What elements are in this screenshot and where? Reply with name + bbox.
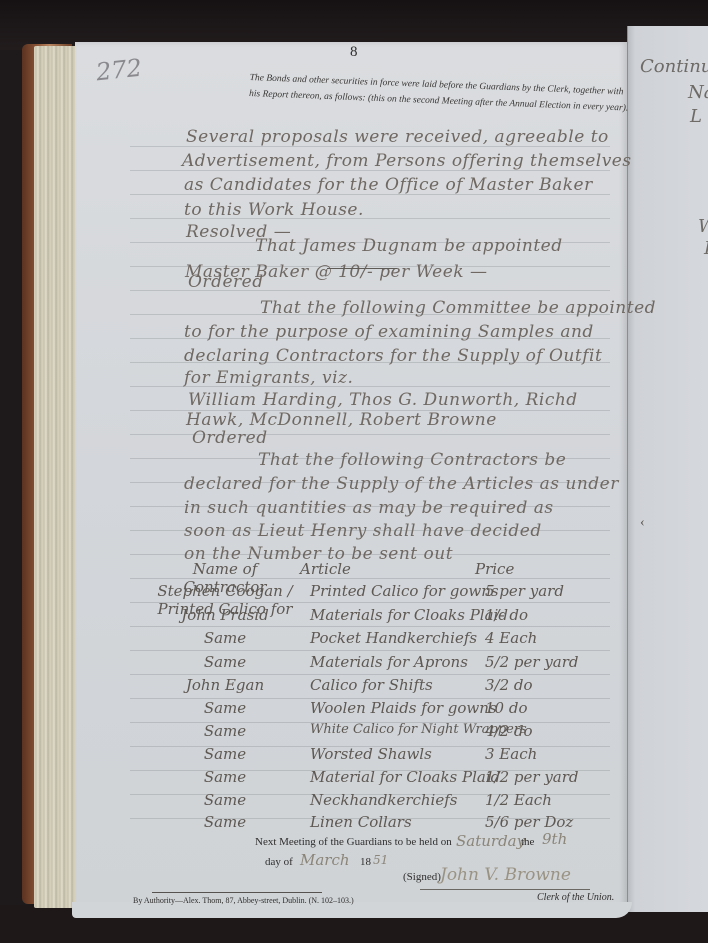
cell-price: 4/2 do: [485, 722, 533, 740]
cell-contractor: Same: [150, 813, 300, 831]
signatory-title: Clerk of the Union.: [537, 892, 614, 903]
cell-contractor: Same: [150, 745, 300, 763]
facing-page-text: Nar: [688, 82, 708, 103]
committee-names: William Harding, Thos G. Dunworth, Richd: [188, 390, 578, 410]
facing-page-text: W: [698, 216, 708, 237]
cell-price: 10 do: [485, 699, 528, 717]
printer-imprint: By Authority—Alex. Thom, 87, Abbey-stree…: [133, 896, 354, 905]
minute-line: That James Dugnam be appointed: [255, 236, 563, 256]
cell-contractor: Same: [150, 722, 300, 740]
next-meeting-month: March: [300, 851, 350, 869]
cell-price: 1/2 Each: [485, 791, 552, 809]
table-row: Same White Calico for Night Wrappers 4/2…: [150, 722, 630, 744]
table-row: Same Woolen Plaids for gowns 10 do: [150, 699, 630, 721]
year-prefix: 18: [360, 856, 371, 868]
minute-line: as Candidates for the Office of Master B…: [184, 175, 593, 195]
minute-heading: Ordered: [192, 428, 268, 448]
cell-contractor: John Prasid: [150, 606, 300, 624]
header-article: Article: [300, 560, 351, 578]
imprint-rule: [152, 892, 322, 893]
cell-price: 4 Each: [485, 629, 537, 647]
minute-line: to this Work House.: [184, 200, 364, 220]
minute-line: for Emigrants, viz.: [184, 368, 353, 388]
cell-price: 3/2 do: [485, 676, 533, 694]
table-row: John Egan Calico for Shifts 3/2 do: [150, 676, 630, 698]
minute-line: That the following Committee be appointe…: [260, 298, 656, 318]
page-number: 8: [350, 44, 358, 61]
cell-contractor: Same: [150, 629, 300, 647]
cell-price: 5/6 per Doz: [485, 813, 573, 831]
table-row: Same Materials for Aprons 5/2 per yard: [150, 653, 630, 675]
cell-article: Pocket Handkerchiefs: [310, 629, 477, 647]
table-row: Same Worsted Shawls 3 Each: [150, 745, 630, 767]
table-header: Name of Contractor Article Price: [150, 560, 630, 582]
table-row: Same Material for Cloaks Plaid 1/2 per y…: [150, 768, 630, 790]
cell-article: Worsted Shawls: [310, 745, 432, 763]
cell-article: Neckhandkerchiefs: [310, 791, 457, 809]
table-row: Stephen Coogan / Printed Calico for Prin…: [150, 582, 630, 604]
cell-price: 1/- do: [485, 606, 528, 624]
folio-number: 272: [95, 54, 143, 87]
cell-contractor: Same: [150, 768, 300, 786]
next-meeting-day-name: Saturday: [456, 832, 525, 850]
minute-line: Advertisement, from Persons offering the…: [182, 151, 632, 171]
facing-page-text: D: [704, 238, 708, 259]
cell-contractor: Same: [150, 699, 300, 717]
minute-line: declared for the Supply of the Articles …: [184, 474, 619, 494]
cell-article: Calico for Shifts: [310, 676, 433, 694]
cell-price: 5/2 per yard: [485, 653, 579, 671]
signature-line: [420, 889, 590, 890]
table-row: Same Neckhandkerchiefs 1/2 Each: [150, 791, 630, 813]
minute-line: in such quantities as may be required as: [184, 498, 554, 518]
margin-mark: ‹: [640, 515, 645, 531]
clerk-signature: John V. Browne: [440, 865, 571, 885]
committee-names: Hawk, McDonnell, Robert Browne: [186, 410, 497, 430]
minute-line: to for the purpose of examining Samples …: [184, 322, 594, 342]
cell-price: 3 Each: [485, 745, 537, 763]
minute-line: soon as Lieut Henry shall have decided: [184, 521, 542, 541]
header-price: Price: [475, 560, 514, 578]
cell-contractor: Same: [150, 653, 300, 671]
cell-contractor: John Egan: [150, 676, 300, 694]
cell-article: Material for Cloaks Plaid: [310, 768, 500, 786]
day-of-label: day of: [265, 856, 293, 868]
facing-page-text: L: [690, 106, 702, 127]
cell-price: 1/2 per yard: [485, 768, 579, 786]
cell-article: Materials for Aprons: [310, 653, 468, 671]
minute-line: declaring Contractors for the Supply of …: [184, 346, 602, 366]
next-meeting-label: Next Meeting of the Guardians to be held…: [255, 836, 452, 848]
signed-label: (Signed): [403, 871, 441, 883]
cell-article: Linen Collars: [310, 813, 412, 831]
cell-price: 5 per yard: [485, 582, 564, 600]
cell-article: Woolen Plaids for gowns: [310, 699, 497, 717]
divider: [327, 268, 397, 269]
cell-contractor: Same: [150, 791, 300, 809]
minute-heading: Ordered: [188, 272, 264, 292]
page-stack-edge: [34, 46, 78, 908]
facing-page: Continued Nar L W D: [627, 26, 708, 912]
next-meeting-day-number: 9th: [542, 830, 567, 848]
minute-line: Several proposals were received, agreeab…: [186, 127, 609, 147]
minute-line: That the following Contractors be: [258, 450, 566, 470]
facing-page-text: Continued: [640, 56, 708, 77]
cell-article: Materials for Cloaks Plaid: [310, 606, 508, 624]
table-row: Same Pocket Handkerchiefs 4 Each: [150, 629, 630, 651]
table-row: John Prasid Materials for Cloaks Plaid 1…: [150, 606, 630, 628]
cell-article: Printed Calico for gowns: [310, 582, 499, 600]
next-meeting-the-label: the: [521, 836, 534, 848]
year-suffix: 51: [373, 853, 388, 867]
